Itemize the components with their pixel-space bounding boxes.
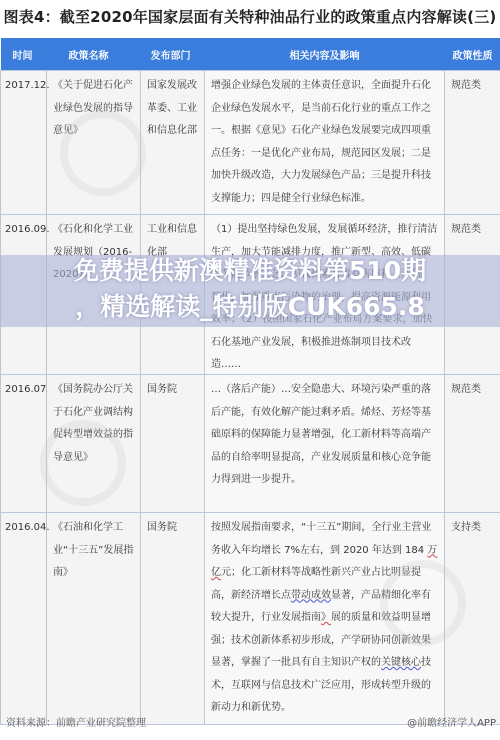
cell-date: 2016.04. [1,513,47,725]
header-content: 相关内容及影响 [205,38,445,71]
cell-dept: 国家发展改革委、工业和信息化部 [141,71,205,215]
spellcheck-text: 》 [321,612,331,623]
cell-nature: 规范类 [445,71,500,215]
spellcheck-text: 关键核心 [381,657,421,668]
cell-policy: 《石油和化学工业“十三五”发展指南》 [47,513,141,725]
cell-policy: 《关于促进石化产业绿色发展的指导意见》 [47,71,141,215]
header-nature: 政策性质 [445,38,500,71]
chart-title: 图表4：截至2020年国家层面有关特种油品行业的政策重点内容解读(三) [0,6,500,27]
cell-policy: 《国务院办公厅关于石化产业调结构促转型增效益的指导意见》 [47,375,141,513]
cell-dept: 国务院 [141,513,205,725]
credit-note: @前瞻经济学人APP [407,714,496,729]
table-header-row: 时间 政策名称 发布部门 相关内容及影响 政策性质 [1,38,500,71]
header-policy: 政策名称 [47,38,141,71]
header-date: 时间 [1,38,47,71]
cell-content: 按照发展指南要求，“十三五”期间，全行业主营业务收入年均增长 7%左右，到 20… [205,513,445,725]
overlay-headline: 免费提供新澳精准资料第510期 ，精选解读_特别版CUK665.8 [0,253,500,325]
content-text: 按照发展指南要求，“十三五”期间，全行业主营业务收入年均增长 7%左右，到 20… [211,522,431,556]
cell-nature: 支持类 [445,513,500,725]
overlay-line-1: 免费提供新澳精准资料第510期 [0,253,500,289]
cell-date: 2016.07 [1,375,47,513]
table-row: 2017.12. 《关于促进石化产业绿色发展的指导意见》 国家发展改革委、工业和… [1,71,500,215]
cell-content: 增强企业绿色发展的主体责任意识，全面提升石化企业绿色发展水平，是当前石化行业的重… [205,71,445,215]
cell-content: …（落后产能）…安全隐患大、环境污染严重的落后产能，有效化解产能过剩矛盾。烯烃、… [205,375,445,513]
cell-date: 2017.12. [1,71,47,215]
header-dept: 发布部门 [141,38,205,71]
policy-table: 时间 政策名称 发布部门 相关内容及影响 政策性质 2017.12. 《关于促进… [0,38,500,725]
table-row: 2016.07 《国务院办公厅关于石化产业调结构促转型增效益的指导意见》 国务院… [1,375,500,513]
cell-dept: 国务院 [141,375,205,513]
spellcheck-text: 带动成效 [291,590,331,601]
table-row: 2016.04. 《石油和化学工业“十三五”发展指南》 国务院 按照发展指南要求… [1,513,500,725]
overlay-line-2: ，精选解读_特别版CUK665.8 [0,289,500,325]
cell-nature: 规范类 [445,375,500,513]
source-note: 资料来源：前瞻产业研究院整理 [6,714,146,729]
